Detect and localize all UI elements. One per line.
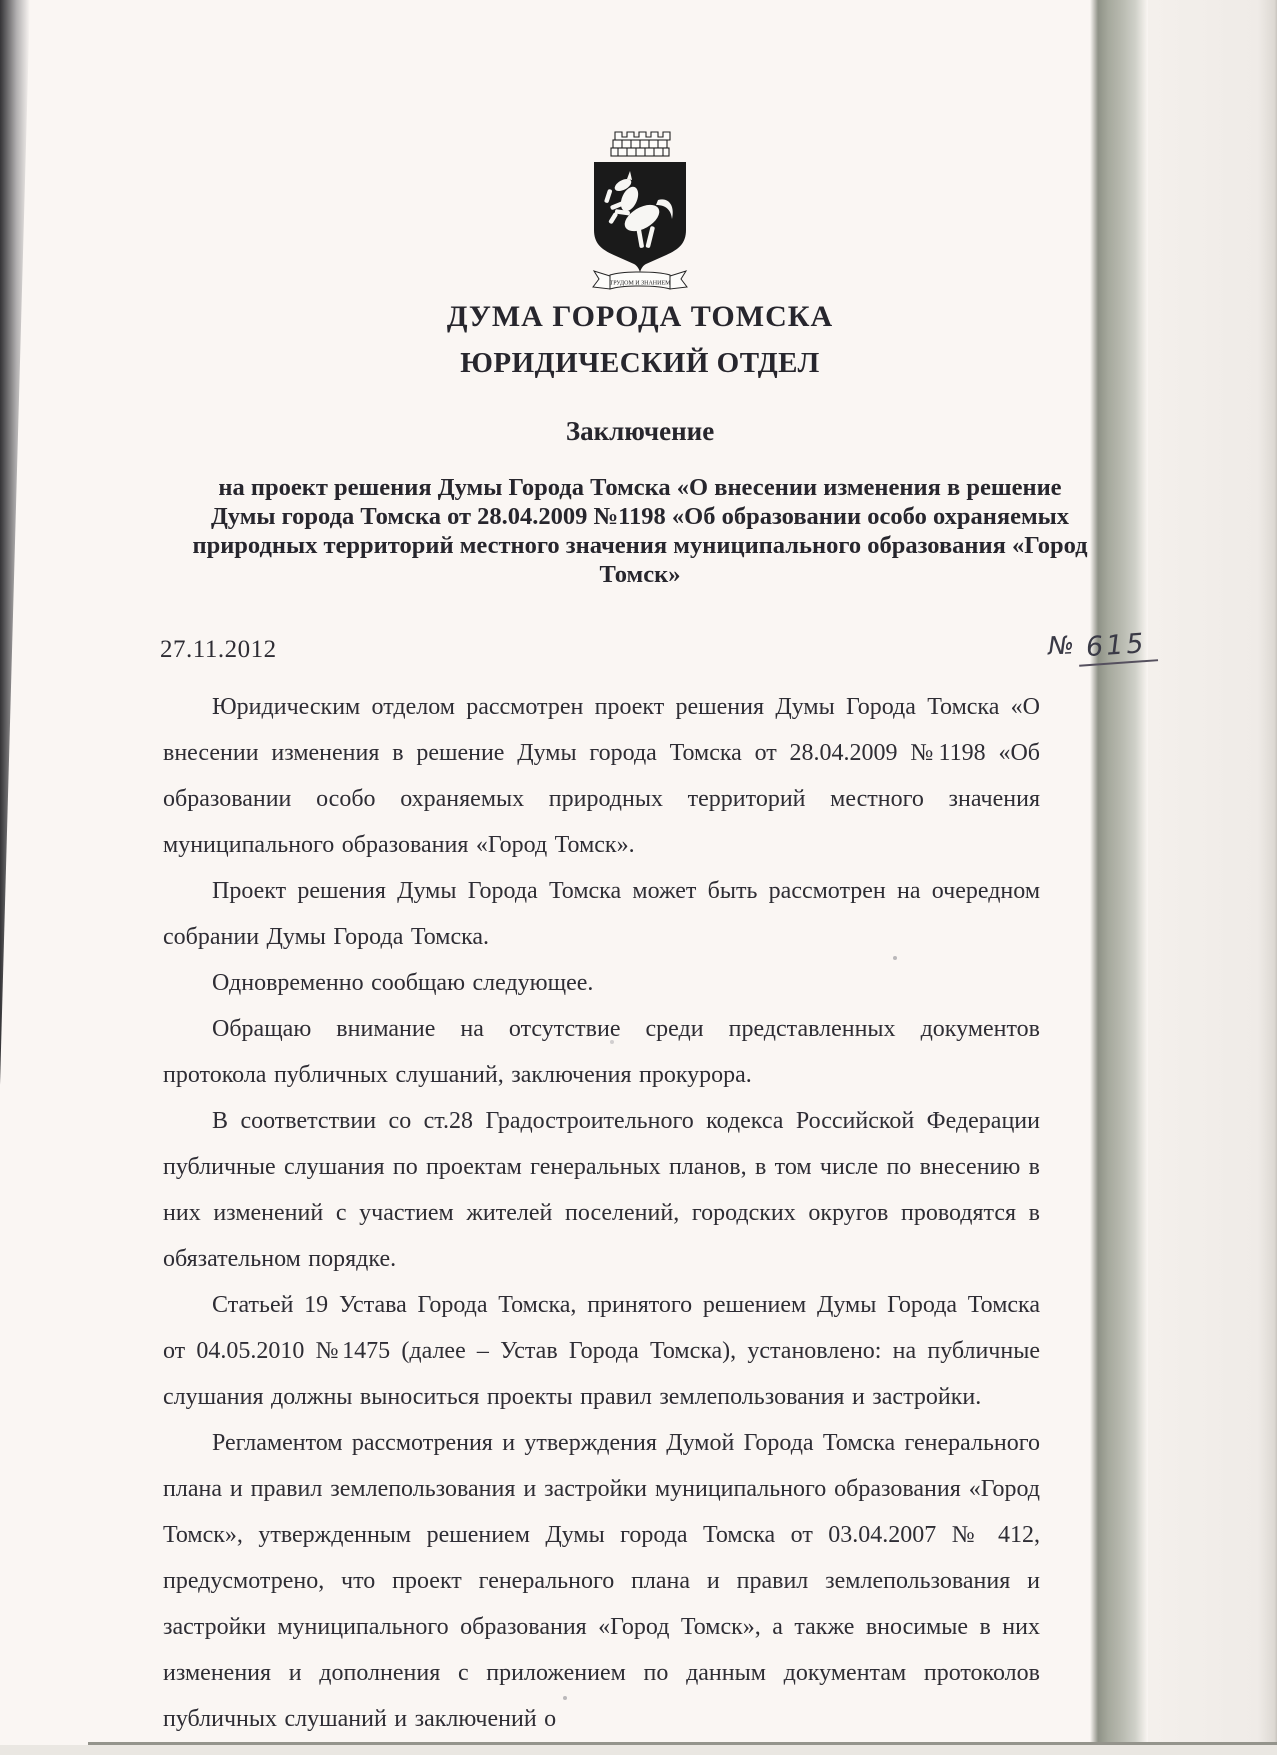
number-sign: №: [1047, 630, 1074, 660]
document-body: Юридическим отделом рассмотрен проект ре…: [163, 684, 1040, 1742]
document-title: на проект решения Думы Города Томска «О …: [190, 473, 1090, 589]
paragraph-7: Регламентом рассмотрения и утверждения Д…: [163, 1420, 1040, 1742]
tomsk-coat-of-arms: ТРУДОМ И ЗНАНИЕМ: [582, 126, 698, 300]
paragraph-6: Статьей 19 Устава Города Томска, принято…: [163, 1282, 1040, 1420]
paragraph-4: Обращаю внимание на отсутствие среди пре…: [163, 1006, 1040, 1098]
document-number: №615: [1048, 630, 1157, 664]
scanner-edge-line-bottom: [88, 1742, 1277, 1745]
paragraph-5: В соответствии со ст.28 Градостроительно…: [163, 1098, 1040, 1282]
department-name: ЮРИДИЧЕСКИЙ ОТДЕЛ: [180, 347, 1100, 380]
coat-of-arms-graphic: ТРУДОМ И ЗНАНИЕМ: [582, 126, 698, 300]
scanner-margin-right: [1148, 0, 1277, 1755]
scanner-margin-bottom: [0, 1745, 1277, 1755]
paragraph-2: Проект решения Думы Города Томска может …: [163, 868, 1040, 960]
document-date: 27.11.2012: [160, 636, 277, 664]
document-type-heading: Заключение: [180, 416, 1100, 447]
paragraph-3: Одновременно сообщаю следующее.: [163, 960, 1040, 1006]
paragraph-1: Юридическим отделом рассмотрен проект ре…: [163, 684, 1040, 868]
mural-crown-icon: [611, 132, 670, 156]
motto-text: ТРУДОМ И ЗНАНИЕМ: [610, 281, 672, 287]
handwritten-number: 615: [1077, 627, 1158, 666]
scanner-edge-band-right: [1090, 0, 1148, 1755]
scanner-edge-artifact-left: [0, 0, 30, 1085]
organization-name: ДУМА ГОРОДА ТОМСКА: [180, 300, 1100, 334]
